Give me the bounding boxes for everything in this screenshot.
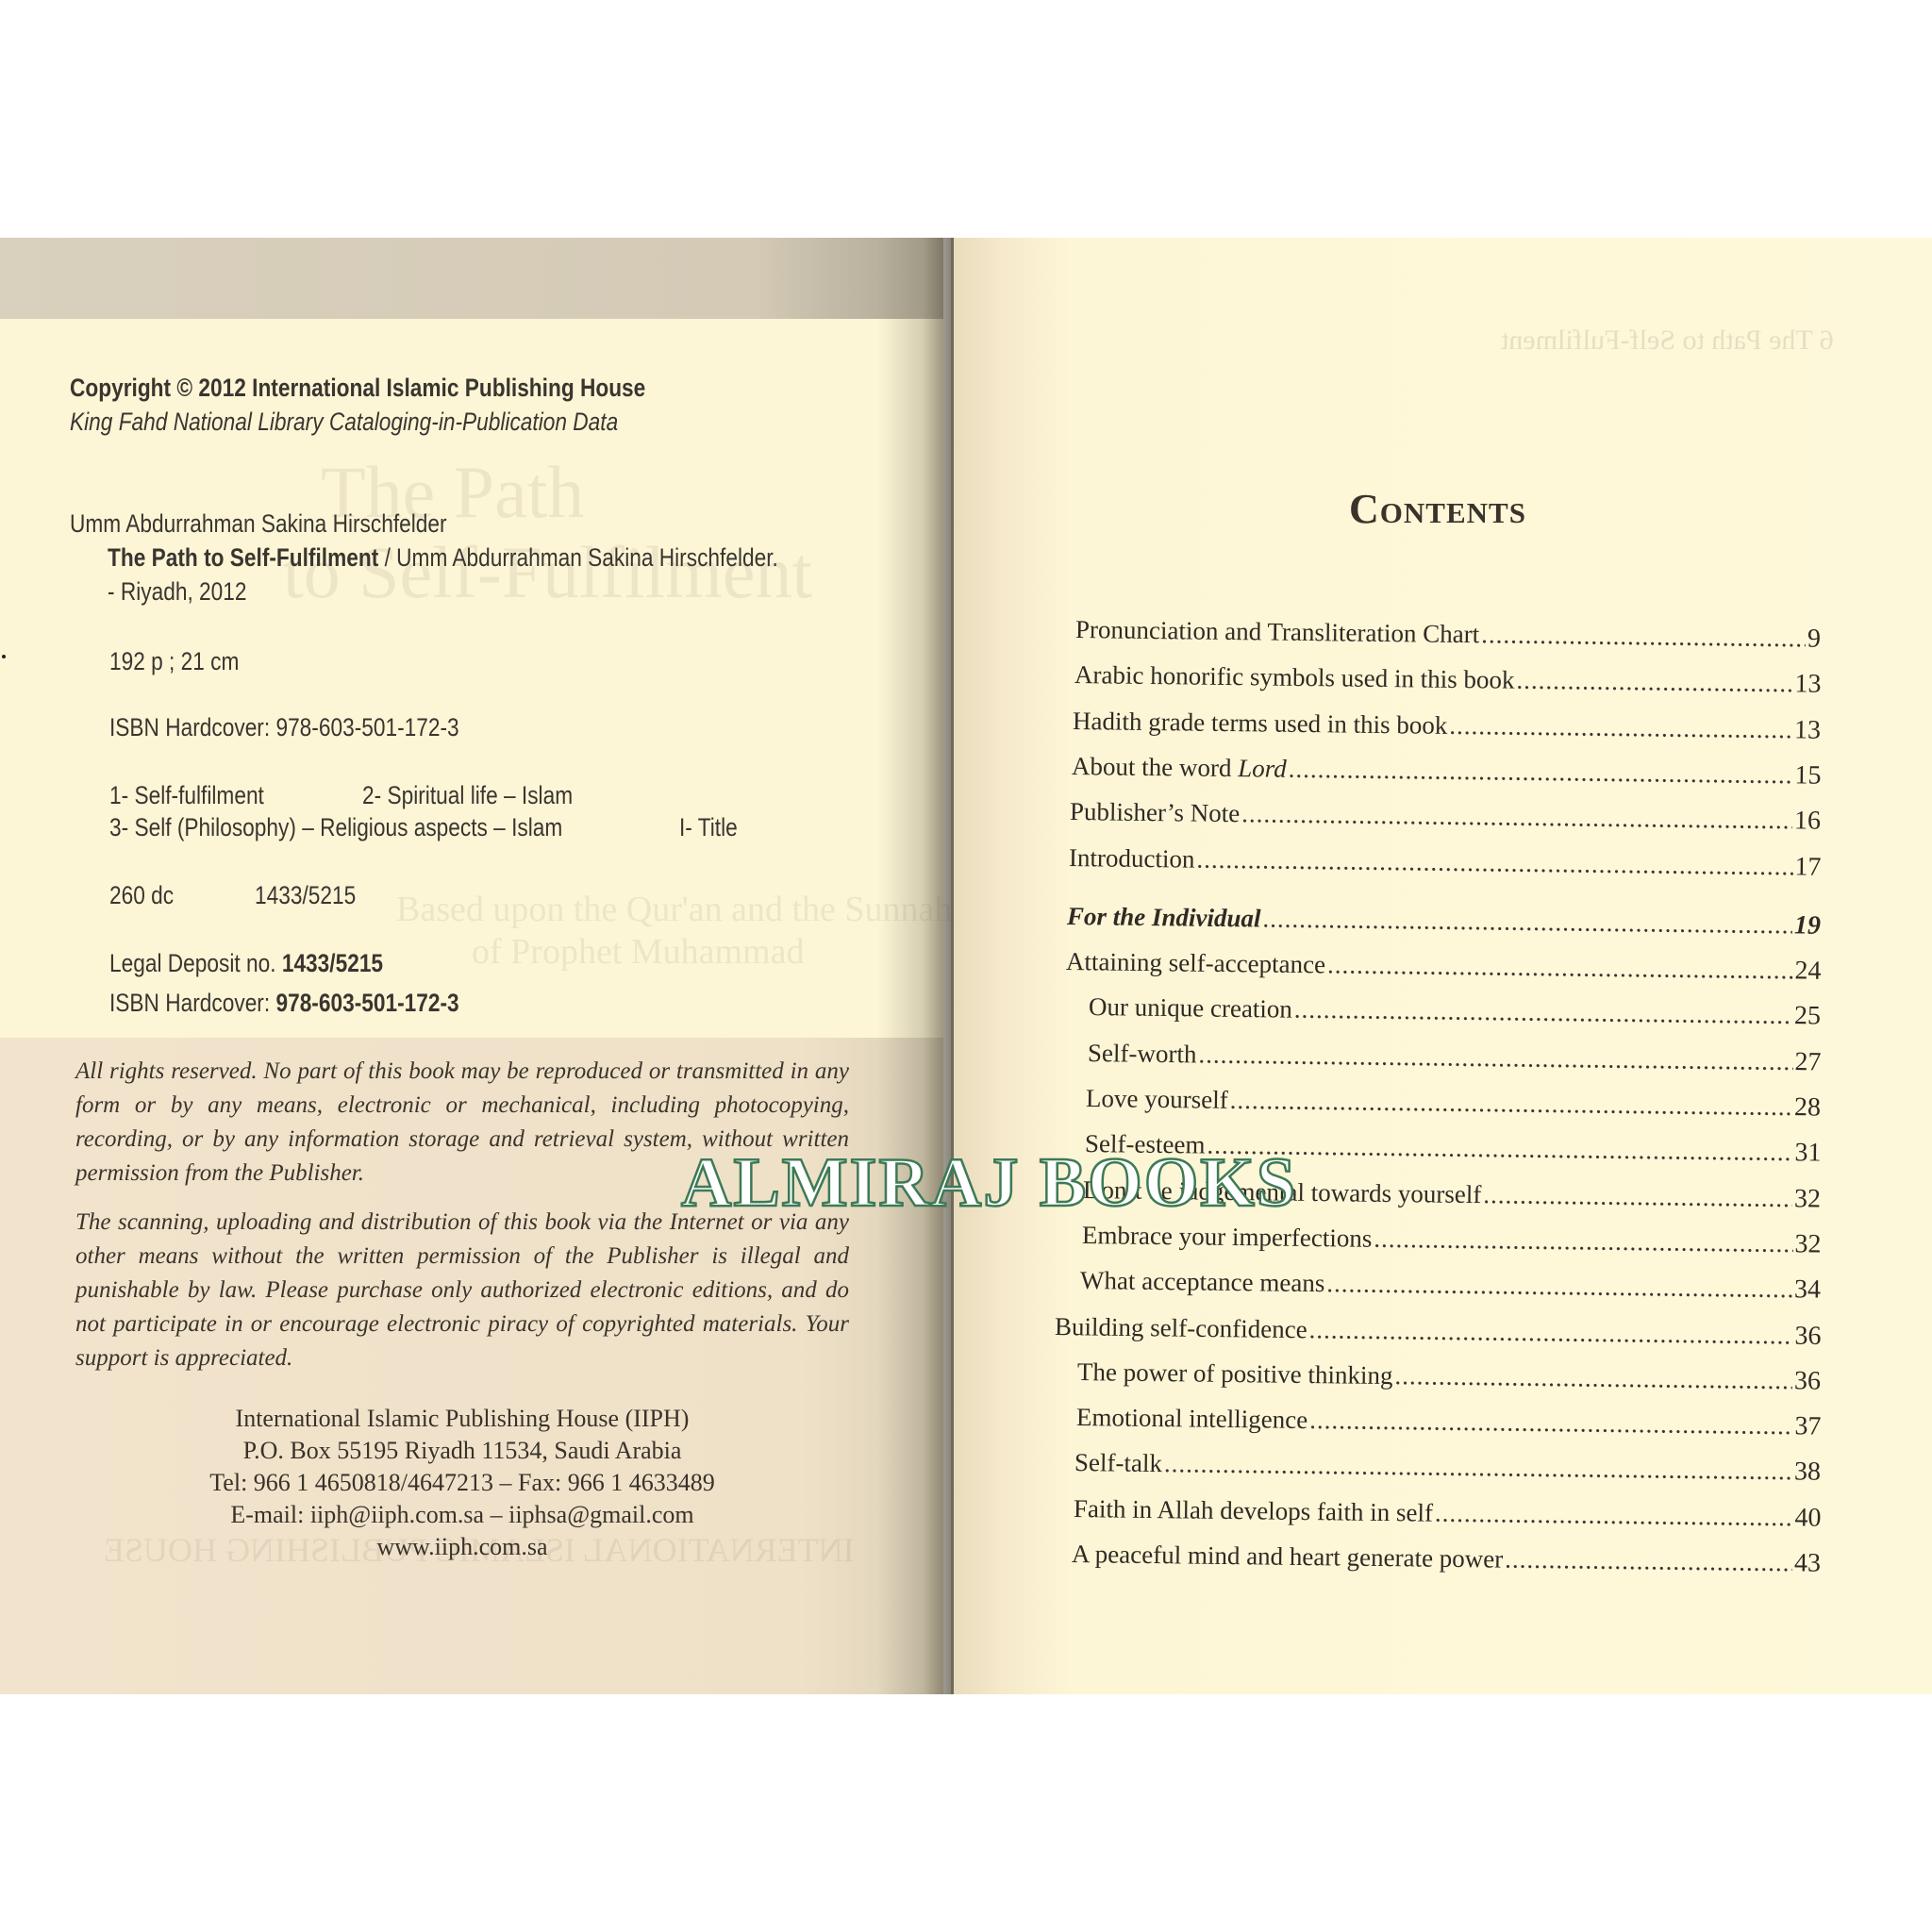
toc-entry-title: Attaining self-acceptance (1065, 947, 1324, 979)
toc-page-number: 17 (1794, 852, 1821, 882)
dot-leader (1288, 755, 1792, 791)
dot-leader (1449, 710, 1792, 743)
toc-entry-title: About the word Lord (1071, 752, 1286, 784)
toc-entry-title: The power of positive thinking (1077, 1357, 1393, 1391)
toc-entry: Love yourself28 (1086, 1084, 1821, 1124)
toc-entry: Emotional intelligence37 (1075, 1403, 1821, 1442)
toc-page-number: 34 (1794, 1274, 1821, 1305)
toc-entry-title: Arabic honorific symbols used in this bo… (1074, 660, 1514, 695)
toc-page-number: 40 (1794, 1503, 1821, 1533)
dot-leader (1394, 1361, 1792, 1395)
toc-entry: Our unique creation25 (1089, 992, 1821, 1031)
toc-page-number: 19 (1794, 910, 1821, 941)
toc-entry-title: Love yourself (1086, 1084, 1228, 1115)
toc-entry-title: Emotional intelligence (1075, 1403, 1307, 1435)
toc-entry-title: Embrace your imperfections (1081, 1221, 1372, 1254)
dot-leader (1308, 1406, 1792, 1441)
toc-entry-title: Self-talk (1074, 1448, 1162, 1478)
toc-page-number: 43 (1794, 1548, 1821, 1578)
toc-entry: Self-worth27 (1087, 1039, 1821, 1077)
toc-page-number: 15 (1794, 760, 1821, 791)
toc-page-number: 36 (1794, 1321, 1821, 1351)
dot-leader (1241, 799, 1792, 835)
dot-leader (1481, 620, 1806, 653)
toc-entry: What acceptance means34 (1080, 1266, 1821, 1306)
toc-entry-title: Self-worth (1087, 1039, 1196, 1069)
toc-page-number: 31 (1794, 1138, 1821, 1168)
toc-entry: A peaceful mind and heart generate power… (1072, 1540, 1821, 1579)
toc-page-number: 32 (1794, 1229, 1821, 1259)
toc-page-number: 27 (1794, 1047, 1821, 1077)
toc-entry: Introduction17 (1068, 843, 1821, 883)
toc-entry: Faith in Allah develops faith in self40 (1073, 1494, 1821, 1534)
toc-page-number: 9 (1807, 624, 1821, 654)
toc-entry-title: A peaceful mind and heart generate power (1072, 1540, 1504, 1574)
toc-page-number: 28 (1794, 1092, 1821, 1123)
toc-entry: Self-talk38 (1074, 1448, 1821, 1488)
toc-page-number: 37 (1794, 1411, 1821, 1441)
dot-leader (1164, 1450, 1792, 1487)
book-spread: The Path to Self-Fulfilment Based upon t… (0, 238, 1932, 1694)
dot-leader (1326, 950, 1792, 985)
toc-entry-title: Faith in Allah develops faith in self (1073, 1494, 1432, 1528)
toc-entry: Embrace your imperfections32 (1081, 1221, 1821, 1260)
dot-leader (1198, 1040, 1792, 1076)
toc-page-number: 24 (1794, 957, 1821, 987)
toc-page-number: 36 (1794, 1366, 1821, 1396)
toc-page-number: 13 (1794, 670, 1821, 700)
toc-entry-title: Pronunciation and Transliteration Chart (1075, 615, 1480, 649)
toc-entry: Hadith grade terms used in this book13 (1073, 707, 1821, 746)
toc-entry-title: Introduction (1068, 843, 1194, 874)
dot-leader (1483, 1180, 1792, 1213)
dot-leader (1505, 1545, 1792, 1578)
watermark: ALMIRAJ BOOKS (681, 1143, 1297, 1224)
dot-leader (1196, 844, 1792, 881)
toc-entry: About the word Lord15 (1071, 752, 1821, 791)
dot-leader (1262, 904, 1792, 940)
dot-leader (1326, 1269, 1792, 1304)
toc-entry: Building self-confidence36 (1054, 1312, 1821, 1352)
toc-entry: Attaining self-acceptance24 (1065, 947, 1821, 987)
toc-entry-title: Hadith grade terms used in this book (1073, 707, 1448, 741)
toc-page-number: 16 (1794, 807, 1821, 837)
toc-entry: For the Individual19 (1067, 902, 1821, 941)
toc-entry: Arabic honorific symbols used in this bo… (1074, 660, 1821, 700)
toc-entry: The power of positive thinking36 (1077, 1357, 1821, 1397)
toc-entry-title-italic: Lord (1238, 754, 1287, 783)
toc-entry-title: For the Individual (1067, 902, 1261, 934)
toc-page-number: 25 (1794, 1002, 1821, 1032)
toc-page-number: 13 (1794, 715, 1821, 745)
toc-page-number: 32 (1794, 1184, 1821, 1214)
toc-entry-title: Our unique creation (1089, 992, 1292, 1024)
dot-leader (1230, 1086, 1793, 1122)
toc-entry: Publisher’s Note16 (1070, 797, 1821, 837)
toc-entry: Pronunciation and Transliteration Chart9 (1075, 615, 1821, 655)
toc-page-number: 38 (1794, 1457, 1821, 1488)
dot-leader (1294, 995, 1792, 1030)
toc-entry-title: Building self-confidence (1054, 1312, 1307, 1344)
dot-leader (1516, 666, 1792, 699)
dot-leader (1434, 1498, 1792, 1532)
toc-entry-title: Publisher’s Note (1070, 797, 1241, 828)
toc-entry-title: What acceptance means (1080, 1266, 1325, 1298)
dot-leader (1374, 1224, 1792, 1258)
dot-leader (1308, 1315, 1792, 1350)
table-of-contents: Pronunciation and Transliteration Chart9… (0, 238, 1932, 1694)
